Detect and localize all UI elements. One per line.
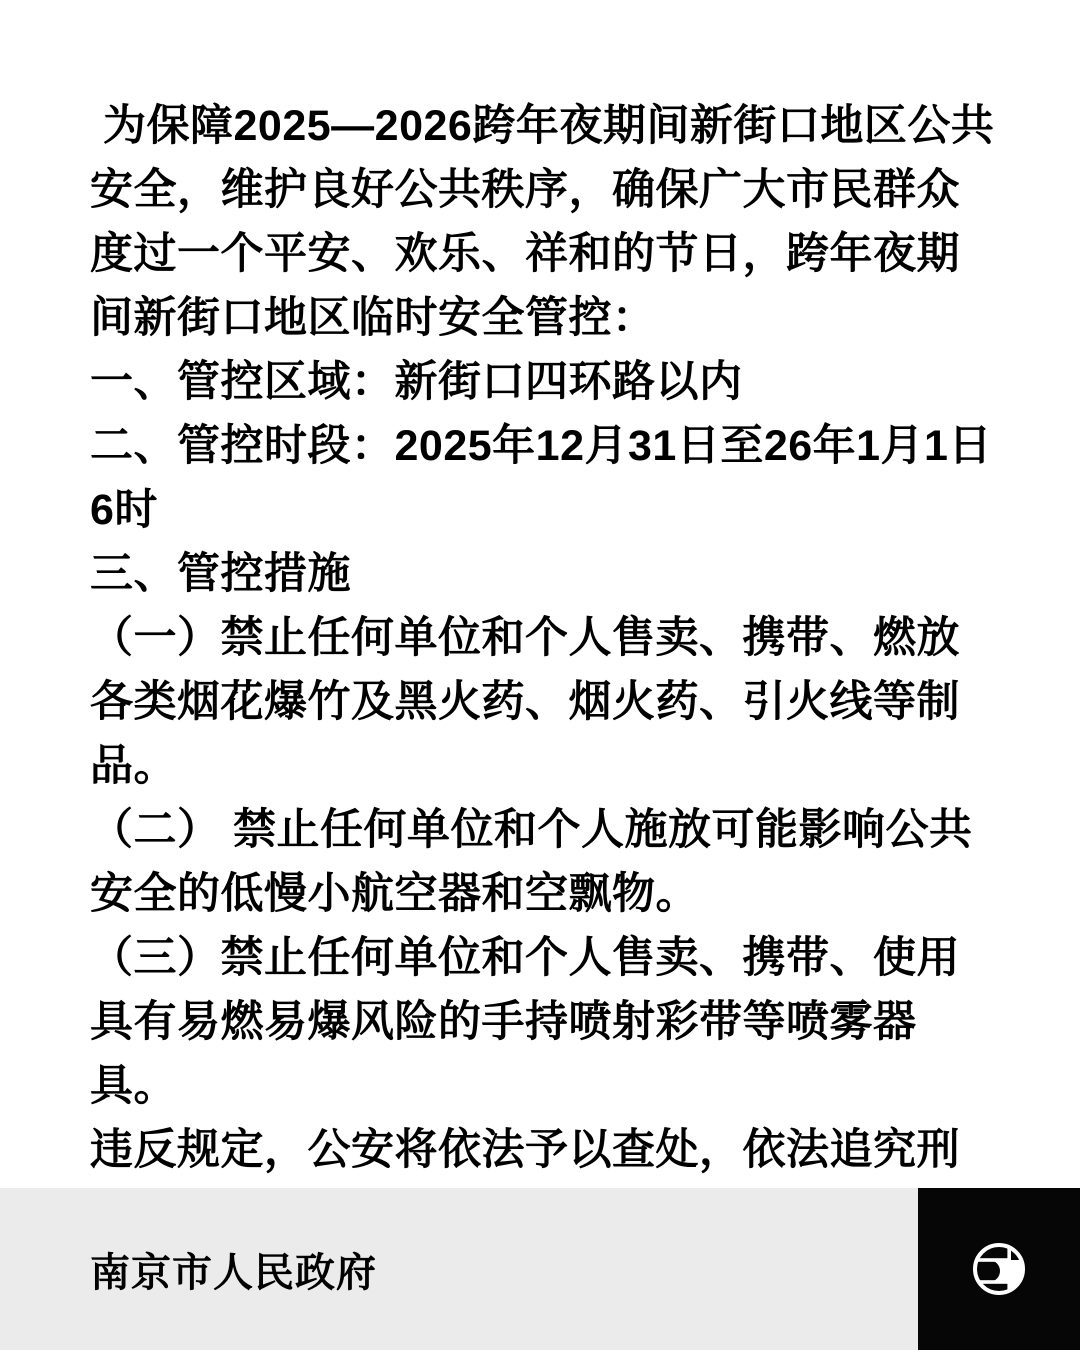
announcement-item-control-period: 二、管控时段：2025年12月31日至26年1月1日6时 <box>90 414 995 542</box>
announcement-item-control-area: 一、管控区域：新街口四环路以内 <box>90 350 995 414</box>
announcement-measure-3: （三）禁止任何单位和个人售卖、携带、使用具有易燃易爆风险的手持喷射彩带等喷雾器具… <box>90 926 995 1118</box>
footer-bar: 南京市人民政府 <box>0 1188 1080 1350</box>
publisher-name: 南京市人民政府 <box>90 1241 377 1298</box>
announcement-image: 为保障2025—2026跨年夜期间新街口地区公共安全，维护良好公共秩序，确保广大… <box>0 0 1080 1350</box>
announcement-intro-paragraph: 为保障2025—2026跨年夜期间新街口地区公共安全，维护良好公共秩序，确保广大… <box>90 94 995 350</box>
announcement-measure-2: （二） 禁止任何单位和个人施放可能影响公共安全的低慢小航空器和空飘物。 <box>90 798 995 926</box>
publisher-emblem-icon <box>968 1238 1030 1300</box>
announcement-body: 为保障2025—2026跨年夜期间新街口地区公共安全，维护良好公共秩序，确保广大… <box>90 94 995 1246</box>
announcement-measure-1: （一）禁止任何单位和个人售卖、携带、燃放各类烟花爆竹及黑火药、烟火药、引火线等制… <box>90 606 995 798</box>
announcement-item-control-measures: 三、管控措施 <box>90 542 995 606</box>
publisher-logo-block <box>918 1188 1080 1350</box>
